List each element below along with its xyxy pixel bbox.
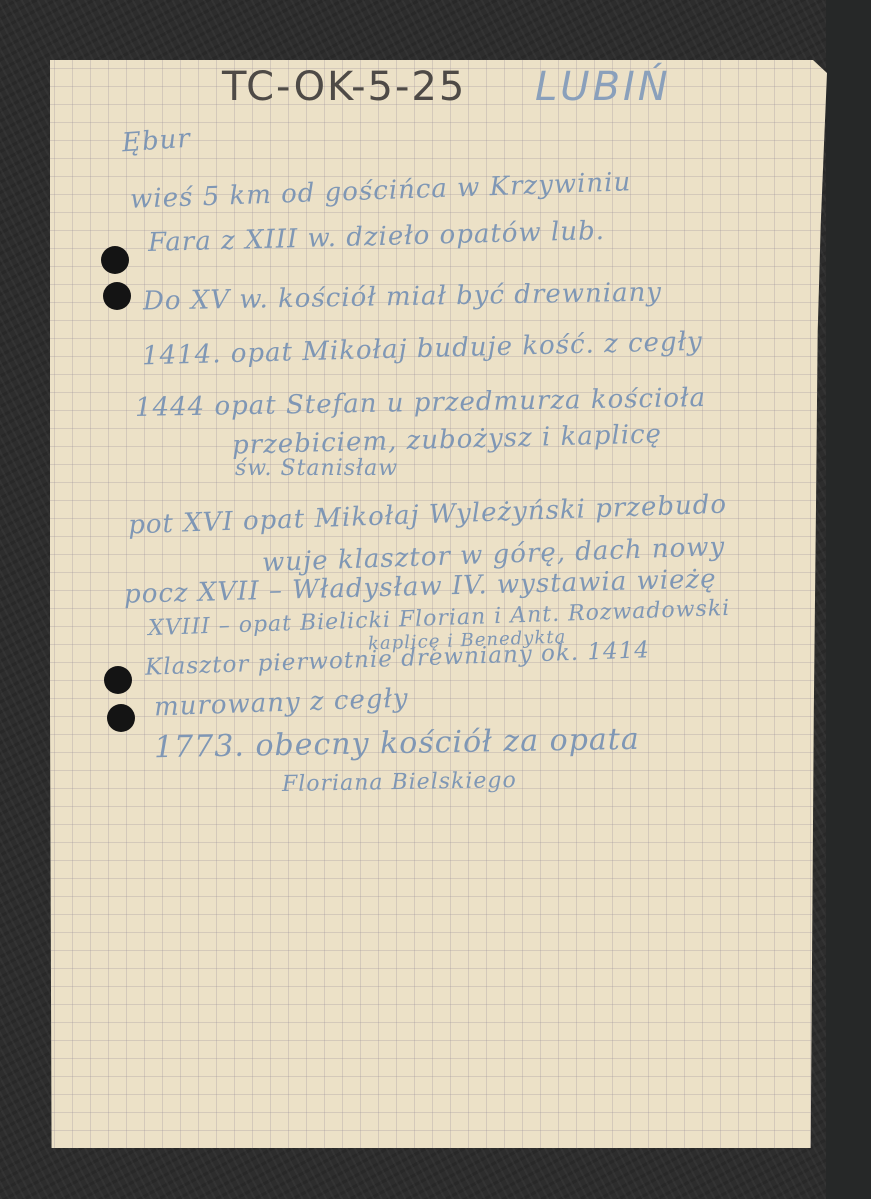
note-line: Ębur	[121, 124, 192, 159]
punch-hole	[104, 666, 132, 694]
punch-hole	[103, 282, 131, 310]
punch-hole	[101, 246, 129, 274]
punch-hole	[107, 704, 135, 732]
note-line: św. Stanisław	[235, 456, 398, 481]
scanner-edge-band	[826, 0, 871, 1199]
town-name: LUBIŃ	[535, 64, 671, 110]
note-line: Floriana Bielskiego	[282, 768, 517, 797]
catalog-code: TC-OK-5-25	[222, 64, 466, 110]
